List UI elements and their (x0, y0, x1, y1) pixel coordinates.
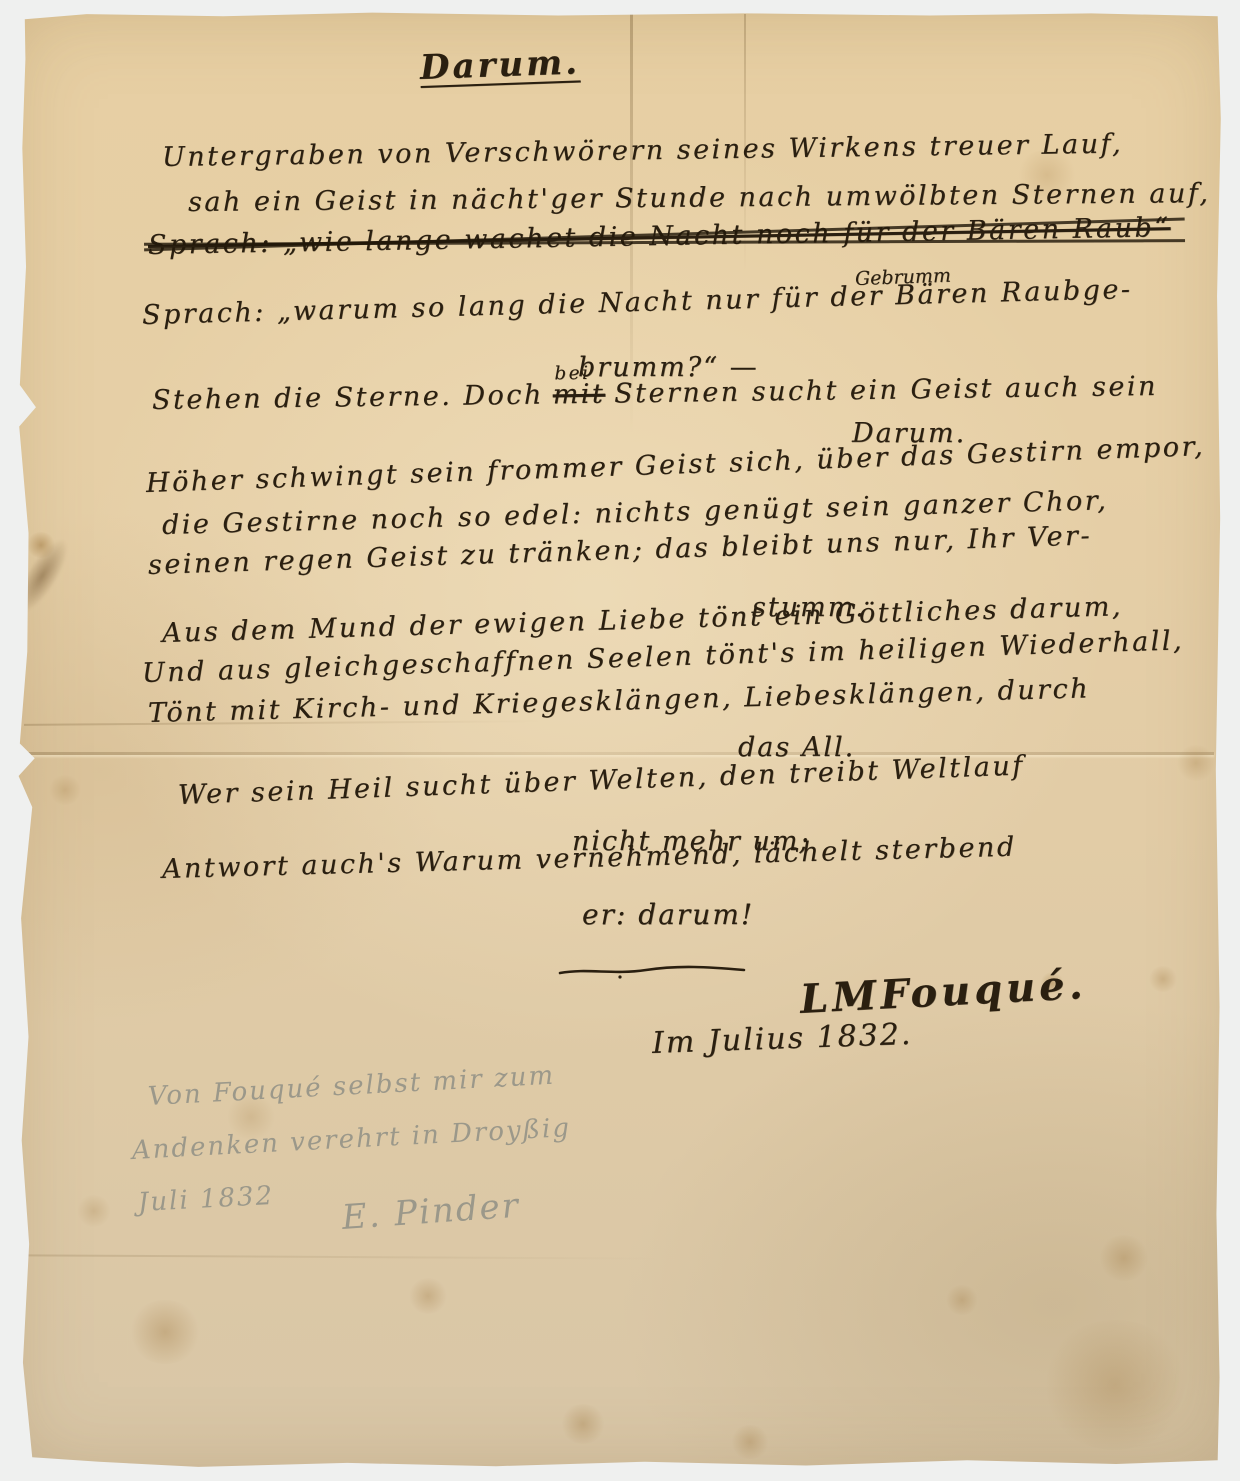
annotator-signature: E. Pinder (341, 1186, 522, 1238)
manuscript-line: Sprach: „warum so lang die Nacht nur für… (142, 274, 1133, 331)
manuscript-line: sah ein Geist in nächt'ger Stunde nach u… (188, 178, 1211, 218)
foxing-spot (560, 1404, 606, 1444)
divider-flourish (558, 962, 748, 980)
foxing-spot (1176, 745, 1216, 781)
ink-spot (26, 532, 56, 558)
inserted-word-wrap: mitbei (552, 379, 605, 411)
fold-crease-horizontal (24, 1254, 664, 1259)
manuscript-line: Wer sein Heil sucht über Welten, den tre… (177, 750, 1025, 811)
fold-crease-horizontal (24, 752, 1214, 755)
foxing-spot (408, 1278, 448, 1314)
pencil-annotation-line: Juli 1832 (137, 1181, 275, 1218)
foxing-stain (1040, 1320, 1190, 1450)
foxing-spot (730, 1425, 770, 1459)
manuscript-title: Darum. (419, 42, 580, 88)
inserted-word: bei (554, 363, 590, 385)
ink-smudge (0, 510, 110, 640)
manuscript-line: Stehen die Sterne. DochmitbeiSternen suc… (152, 371, 1167, 416)
foxing-spot (1148, 966, 1178, 992)
foxing-spot (945, 1285, 979, 1315)
photo-background: Darum. Untergraben von Verschwörern sein… (0, 0, 1240, 1481)
foxing-spot (48, 775, 82, 805)
date-line: Im Julius 1832. (651, 1017, 913, 1061)
pencil-annotation-line: Andenken verehrt in Droyßig (131, 1113, 571, 1166)
foxing-spot (76, 1195, 112, 1227)
foxing-spot (1098, 1235, 1150, 1281)
author-signature: LMFouqué. (799, 961, 1088, 1023)
pencil-annotation-line: Von Fouqué selbst mir zum (147, 1061, 556, 1112)
strikethrough-line: Sprach: „wie lange wachet die Nacht noch… (148, 212, 1171, 261)
foxing-spot (128, 1300, 202, 1364)
paper-sheet: Darum. Untergraben von Verschwörern sein… (0, 0, 1240, 1481)
line-segment: Stehen die Sterne. Doch (152, 380, 544, 416)
line-segment: Sternen sucht ein Geist auch sein (614, 371, 1158, 410)
manuscript-line: er: darum! (582, 898, 754, 931)
manuscript-line: Untergraben von Verschwörern seines Wirk… (162, 129, 1124, 173)
